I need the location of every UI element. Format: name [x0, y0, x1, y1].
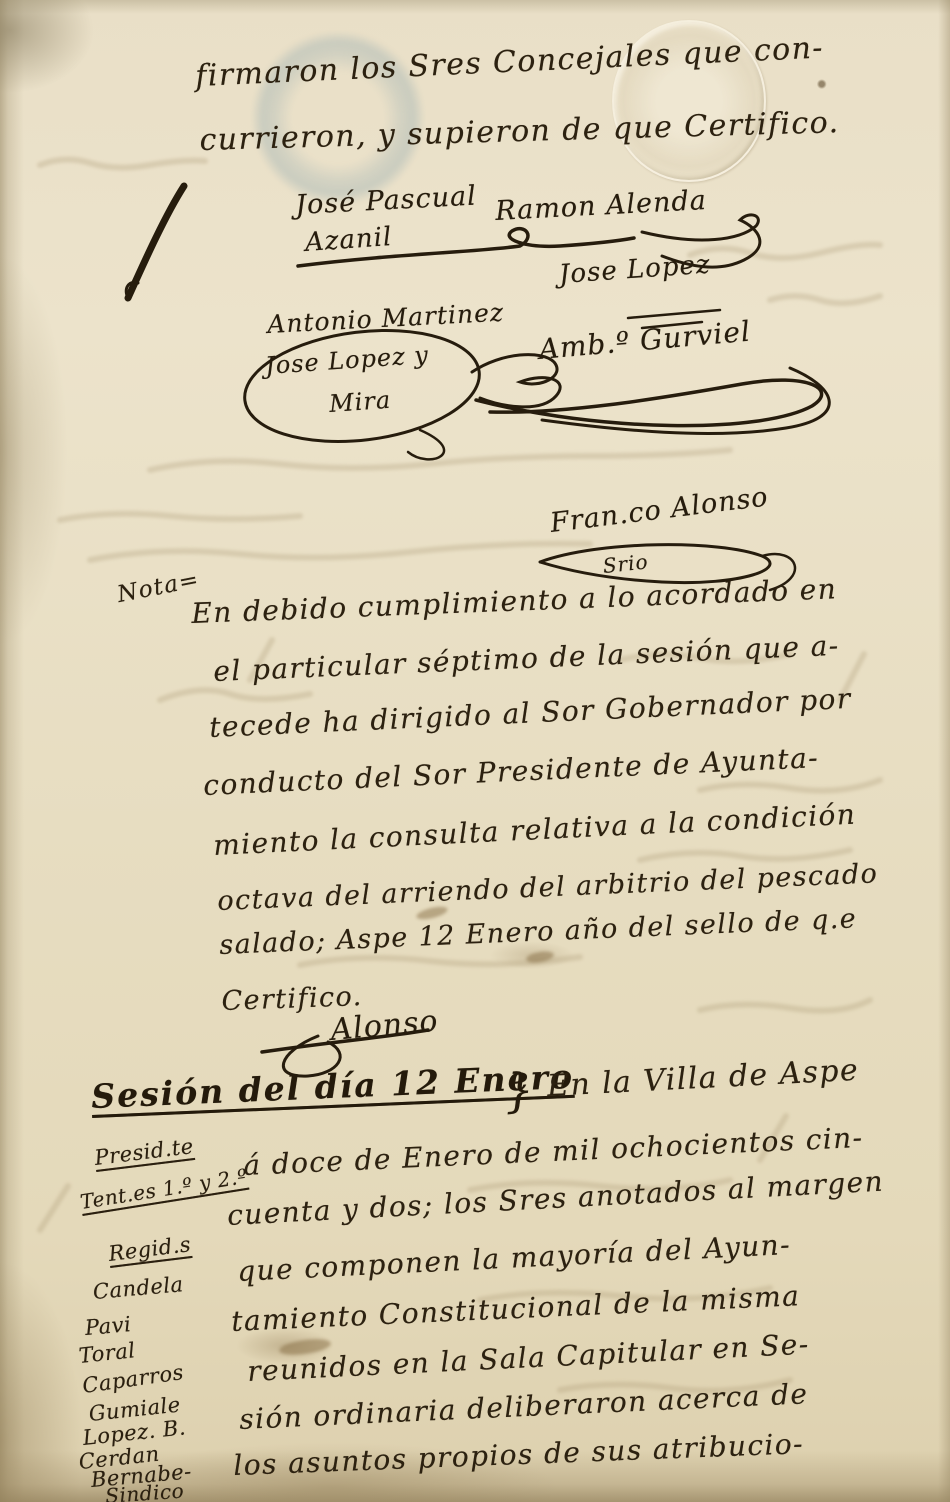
- nota-line: tecede ha dirigido al Sor Gobernador por: [209, 685, 852, 742]
- signature-ambrosio-gurviel: Amb.º Gurviel: [538, 318, 752, 364]
- nota-line: En debido cumplimiento a lo acordado en: [191, 575, 838, 628]
- nota-line: Certifico.: [221, 983, 363, 1015]
- margin-item-candela: Candela: [92, 1274, 184, 1303]
- session-body-line: los asuntos propios de sus atribucio-: [233, 1430, 804, 1480]
- nota-line: conducto del Sor Presidente de Ayunta-: [203, 744, 820, 800]
- session-body-line: que componen la mayoría del Ayun-: [237, 1231, 792, 1286]
- signature-jose-lopez: Jose Lopez: [558, 251, 711, 288]
- session-heading-brace: }: [503, 1066, 537, 1114]
- margin-item-caparros: Caparros: [81, 1362, 185, 1397]
- margin-item-presidente: Presid.te: [93, 1136, 194, 1169]
- session-body-line: sión ordinaria deliberaron acerca de: [239, 1380, 809, 1434]
- signature-alonso: Alonso: [329, 1007, 439, 1046]
- margin-item-regidores: Regid.s: [107, 1234, 192, 1265]
- margin-item-tenientes: Tent.es 1.º y 2.º: [79, 1166, 249, 1212]
- nota-line: miento la consulta relativa a la condici…: [213, 801, 857, 860]
- session-intro: En la Villa de Aspe: [546, 1056, 859, 1102]
- margin-item-sindico: Sindico: [105, 1481, 185, 1502]
- signature-secretary-title: Srio: [602, 551, 650, 576]
- nota-line: salado; Aspe 12 Enero año del sello de q…: [219, 905, 858, 959]
- signature-antonio-martinez: Antonio Martinez: [267, 300, 505, 337]
- signature-jose-lopez-y-mira: Jose Lopez y: [264, 343, 429, 378]
- signature-francisco-alonso: Fran.co Alonso: [549, 483, 770, 537]
- signature-mira: Mira: [328, 388, 392, 416]
- session-body-line: reunidos en la Sala Capitular en Se-: [247, 1331, 811, 1386]
- signature-ramon-alenda: Ramon Alenda: [495, 187, 708, 225]
- manuscript-page: firmaron los Sres Concejales que con- cu…: [0, 0, 950, 1502]
- margin-item-toral: Toral: [78, 1340, 137, 1367]
- nota-margin-label: Nota=: [116, 569, 202, 607]
- nota-line: el particular séptimo de la sesión que a…: [213, 632, 840, 686]
- margin-item-pavi: Pavi: [84, 1314, 132, 1339]
- signature-jose-pascual-surname: Azanil: [304, 224, 393, 256]
- signature-jose-pascual: José Pascual: [295, 183, 478, 219]
- session-body-line: tamiento Constitucional de la misma: [231, 1282, 801, 1336]
